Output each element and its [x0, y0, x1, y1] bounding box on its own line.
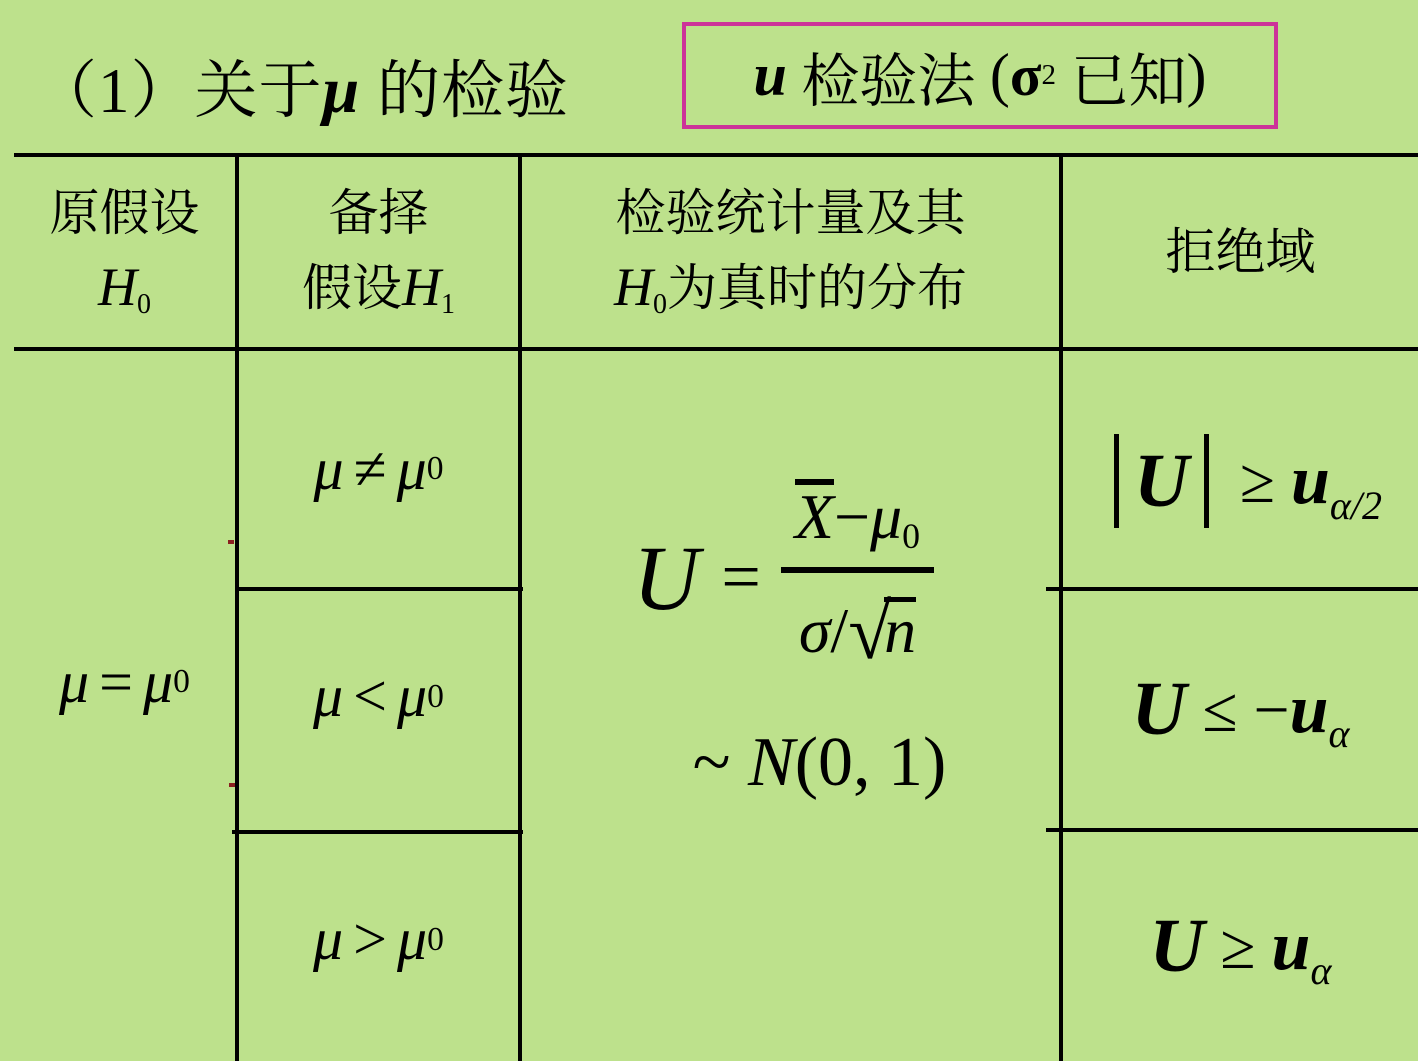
rej3-U: U [1150, 903, 1205, 990]
alt1-sub: 0 [427, 450, 444, 488]
denominator-slash: / [830, 595, 848, 666]
rej3-op: ≥ [1204, 910, 1271, 984]
alt1-mu0: μ [397, 435, 427, 504]
u-test-method-badge: u 检验法 (σ2 已知) [682, 22, 1278, 129]
header-reject-label: 拒绝域 [1166, 217, 1316, 288]
statistic-distribution: ~ N(0, 1) [522, 723, 1059, 803]
distribution-tilde: ~ [693, 724, 748, 801]
badge-paren-open: ( [990, 41, 1010, 110]
alt-row-not-equal: μ≠μ0 [239, 351, 518, 587]
header-null-line1: 原假设 [50, 178, 200, 249]
fraction-denominator: σ/√n [781, 567, 934, 677]
badge-sigma-exponent: 2 [1041, 59, 1056, 92]
alt3-mu: μ [313, 905, 343, 974]
title-prefix: （1）关于 [34, 56, 323, 126]
rej3-crit-sub: α [1310, 947, 1331, 994]
numerator-minus: − [834, 481, 870, 552]
alt2-sub: 0 [427, 678, 444, 716]
rej1-crit: u [1291, 441, 1330, 521]
rej2-crit-sub: α [1329, 710, 1350, 757]
denominator-sigma: σ [799, 595, 831, 666]
x-bar-symbol: X [795, 479, 834, 542]
test-statistic-cell: U= X−μ0 σ/√n ~ N(0, 1) [522, 351, 1059, 1061]
alt-row-greater: μ>μ0 [239, 834, 518, 1061]
statistic-U: U [633, 525, 699, 631]
alt3-mu0: μ [397, 905, 427, 974]
slide: （1）关于μ 的检验 u 检验法 (σ2 已知) 原假设 H0 备择 假设H1 … [0, 0, 1418, 1061]
header-test-statistic: 检验统计量及其 H0为真时的分布 [522, 157, 1059, 347]
distribution-args: (0, 1) [795, 724, 947, 801]
rej2-minus: − [1253, 673, 1289, 747]
header-alt-hypothesis: 备择 假设H1 [239, 157, 518, 347]
null-hypothesis-cell: μ=μ0 [14, 351, 235, 1061]
reject-row-right-sided: U≥uα [1063, 832, 1418, 1061]
statistic-equals: = [721, 538, 760, 618]
page-title: （1）关于μ 的检验 [34, 40, 569, 131]
header-alt-line2: 假设H1 [302, 249, 455, 326]
null-mu0: μ [143, 648, 173, 717]
alt2-mu: μ [313, 662, 343, 731]
alt3-sub: 0 [427, 921, 444, 959]
badge-method-label: 检验法 [787, 34, 990, 118]
rej1-U: U [1134, 438, 1189, 525]
badge-sigma-symbol: σ [1010, 42, 1042, 109]
rej2-op: ≤ [1186, 673, 1253, 747]
header-stat-line2: H0为真时的分布 [614, 249, 967, 326]
reject-row-two-sided: U≥uα/2 [1063, 351, 1418, 587]
numerator-mu0-sub: 0 [902, 516, 920, 556]
rej2-crit: u [1290, 670, 1329, 750]
rej2-U: U [1131, 666, 1186, 753]
title-mu-symbol: μ [323, 54, 361, 127]
alt2-op: < [343, 662, 397, 731]
header-alt-line1: 备择 [329, 178, 429, 249]
header-null-hypothesis: 原假设 H0 [14, 157, 235, 347]
null-mu: μ [59, 648, 89, 717]
null-equals: = [89, 648, 143, 717]
badge-paren-close: ) [1186, 41, 1206, 110]
alt2-mu0: μ [397, 662, 427, 731]
alt1-op: ≠ [344, 435, 397, 504]
denominator-n: n [884, 597, 916, 656]
numerator-mu0: μ [870, 481, 902, 552]
alt-row-less: μ<μ0 [239, 591, 518, 830]
abs-bar-right [1204, 434, 1209, 528]
header-rejection-region: 拒绝域 [1063, 157, 1418, 347]
rej1-crit-sub: α/2 [1330, 482, 1382, 529]
fraction-numerator: X−μ0 [791, 479, 924, 567]
statistic-equation: U= X−μ0 σ/√n [522, 479, 1045, 677]
abs-bar-left [1114, 434, 1119, 528]
alt3-op: > [343, 905, 397, 974]
rej1-op: ≥ [1224, 444, 1291, 518]
badge-u-symbol: u [754, 41, 787, 110]
header-null-symbol: H0 [98, 249, 151, 326]
alt1-mu: μ [314, 435, 344, 504]
distribution-N: N [748, 724, 795, 801]
reject-row-left-sided: U≤−uα [1063, 591, 1418, 828]
header-stat-line1: 检验统计量及其 [616, 178, 966, 249]
title-suffix: 的检验 [360, 56, 569, 126]
rej3-crit: u [1272, 907, 1311, 987]
badge-known-label: 已知 [1056, 34, 1187, 118]
null-mu0-sub: 0 [173, 663, 190, 701]
statistic-fraction: X−μ0 σ/√n [781, 479, 934, 677]
